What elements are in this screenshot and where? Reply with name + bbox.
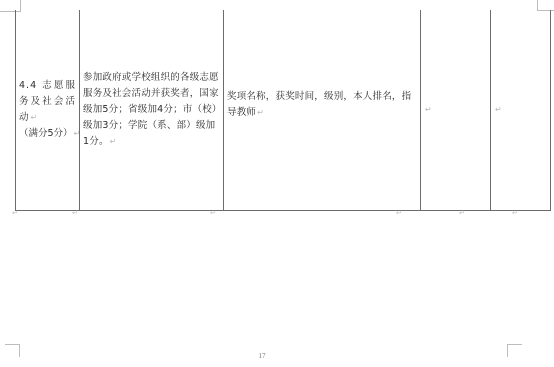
paragraph-mark: ↵: [425, 105, 432, 114]
evidence-cell[interactable]: 奖项名称，获奖时间，级别，本人排名，指导教师↵: [224, 10, 421, 210]
end-of-row-mark: ↵: [512, 209, 518, 217]
self-score-cell[interactable]: ↵: [421, 10, 491, 210]
crop-mark-bottom-left: [5, 344, 20, 357]
paragraph-mark: ↵: [495, 105, 502, 114]
end-of-cell-mark: ↵: [12, 209, 18, 217]
criteria-text: 参加政府或学校组织的各级志愿服务及社会活动并获奖者，国家级加5分；省级加4分；市…: [83, 72, 219, 147]
end-of-cell-mark: ↵: [396, 209, 402, 217]
evidence-text: 奖项名称，获奖时间，级别，本人排名，指导教师: [227, 91, 411, 118]
end-of-cell-mark: ↵: [459, 209, 465, 217]
paragraph-mark: ↵: [110, 137, 117, 146]
paragraph-mark: ↵: [257, 108, 264, 117]
page-number: 17: [254, 352, 270, 360]
end-of-cell-mark: ↵: [210, 209, 216, 217]
category-max-score: （满分5分）: [19, 128, 73, 139]
category-title: 4.4 志愿服务及社会活动: [19, 80, 76, 123]
paragraph-mark: ↵: [31, 113, 39, 122]
category-cell[interactable]: 4.4 志愿服务及社会活动↵ （满分5分）↵: [16, 10, 80, 210]
crop-mark-bottom-right: [507, 344, 522, 357]
scoring-table: 4.4 志愿服务及社会活动↵ （满分5分）↵ 参加政府或学校组织的各级志愿服务及…: [15, 10, 551, 211]
table-row: 4.4 志愿服务及社会活动↵ （满分5分）↵ 参加政府或学校组织的各级志愿服务及…: [16, 10, 551, 210]
document-page: 4.4 志愿服务及社会活动↵ （满分5分）↵ 参加政府或学校组织的各级志愿服务及…: [0, 0, 554, 367]
paragraph-mark: ↵: [74, 129, 81, 138]
criteria-cell[interactable]: 参加政府或学校组织的各级志愿服务及社会活动并获奖者，国家级加5分；省级加4分；市…: [80, 10, 224, 210]
review-score-cell[interactable]: ↵: [491, 10, 551, 210]
end-of-cell-mark: ↵: [72, 209, 78, 217]
